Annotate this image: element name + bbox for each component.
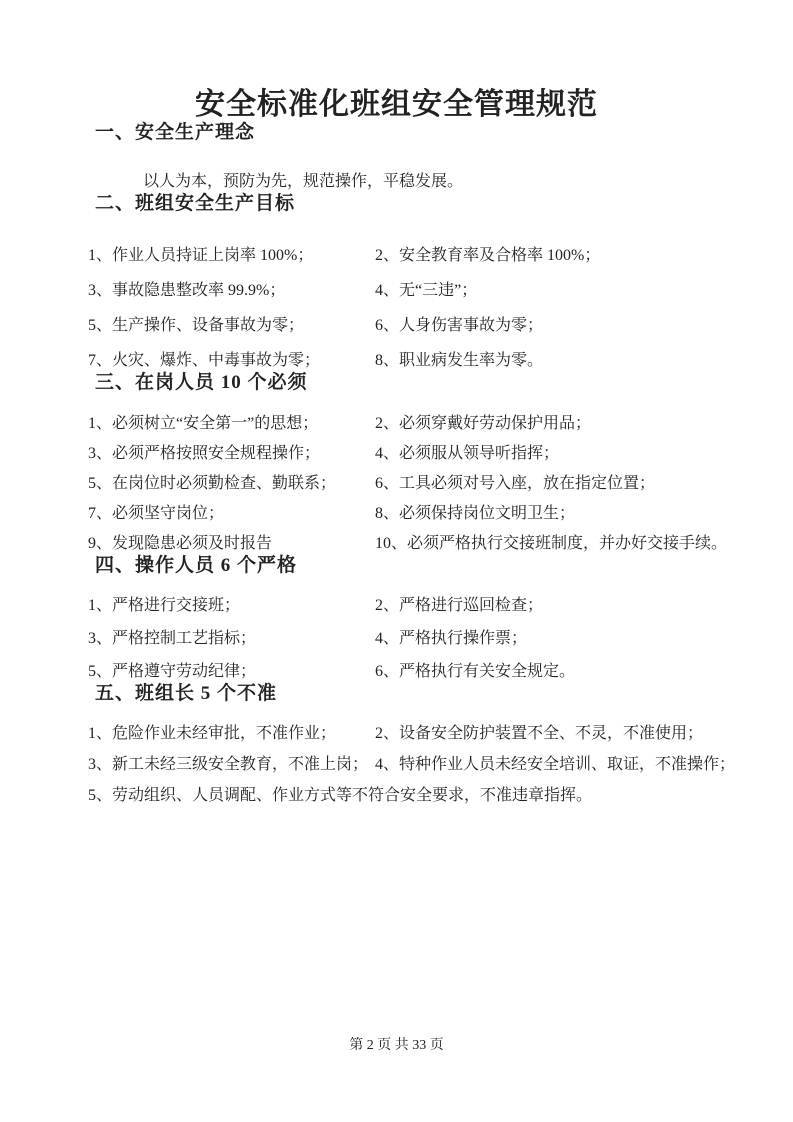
list-item: 9、发现隐患必须及时报告: [88, 534, 375, 554]
section-5-heading: 五、班组长 5 个不准: [88, 682, 738, 706]
list-item: 6、人身伤害事故为零；: [375, 316, 738, 336]
section-3-list: 1、必须树立“安全第一”的思想； 2、必须穿戴好劳动保护用品； 3、必须严格按照…: [88, 414, 738, 554]
list-item: 1、作业人员持证上岗率 100%；: [88, 246, 375, 266]
list-item: 6、严格执行有关安全规定。: [375, 662, 738, 682]
list-item: 1、危险作业未经审批，不准作业；: [88, 724, 375, 744]
section-4-list: 1、严格进行交接班； 2、严格进行巡回检查； 3、严格控制工艺指标； 4、严格执…: [88, 596, 738, 682]
document-page: 安全标准化班组安全管理规范 一、安全生产理念 以人为本，预防为先，规范操作，平稳…: [0, 0, 793, 1122]
list-item: 2、必须穿戴好劳动保护用品；: [375, 414, 738, 434]
section-4-heading: 四、操作人员 6 个严格: [88, 554, 738, 578]
list-item: 3、必须严格按照安全规程操作；: [88, 444, 375, 464]
section-safety-concept: 一、安全生产理念 以人为本，预防为先，规范操作，平稳发展。: [88, 121, 738, 192]
section-5-list: 1、危险作业未经审批，不准作业； 2、设备安全防护装置不全、不灵，不准使用； 3…: [88, 724, 738, 775]
section-2-list: 1、作业人员持证上岗率 100%； 2、安全教育率及合格率 100%； 3、事故…: [88, 246, 738, 371]
section-six-stricts: 四、操作人员 6 个严格 1、严格进行交接班； 2、严格进行巡回检查； 3、严格…: [88, 554, 738, 682]
list-item: 5、劳动组织、人员调配、作业方式等不符合安全要求，不准违章指挥。: [88, 786, 738, 806]
page-number: 第 2 页 共 33 页: [0, 1037, 793, 1055]
list-item: 7、火灾、爆炸、中毒事故为零；: [88, 351, 375, 371]
list-item: 3、事故隐患整改率 99.9%；: [88, 281, 375, 301]
section-ten-musts: 三、在岗人员 10 个必须 1、必须树立“安全第一”的思想； 2、必须穿戴好劳动…: [88, 371, 738, 555]
list-item: 4、严格执行操作票；: [375, 629, 738, 649]
list-item: 2、严格进行巡回检查；: [375, 596, 738, 616]
section-3-heading: 三、在岗人员 10 个必须: [88, 371, 738, 395]
list-item: 4、特种作业人员未经安全培训、取证，不准操作；: [375, 755, 738, 775]
section-1-paragraph: 以人为本，预防为先，规范操作，平稳发展。: [88, 172, 738, 192]
section-1-heading: 一、安全生产理念: [88, 121, 738, 145]
document-body: 一、安全生产理念 以人为本，预防为先，规范操作，平稳发展。 二、班组安全生产目标…: [0, 121, 793, 806]
list-item: 2、设备安全防护装置不全、不灵，不准使用；: [375, 724, 738, 744]
list-item: 5、生产操作、设备事故为零；: [88, 316, 375, 336]
section-production-goals: 二、班组安全生产目标 1、作业人员持证上岗率 100%； 2、安全教育率及合格率…: [88, 192, 738, 371]
list-item: 8、必须保持岗位文明卫生；: [375, 504, 738, 524]
list-item: 2、安全教育率及合格率 100%；: [375, 246, 738, 266]
list-item: 4、无“三违”；: [375, 281, 738, 301]
list-item: 1、严格进行交接班；: [88, 596, 375, 616]
list-item: 1、必须树立“安全第一”的思想；: [88, 414, 375, 434]
list-item: 5、在岗位时必须勤检查、勤联系；: [88, 474, 375, 494]
list-item: 10、必须严格执行交接班制度，并办好交接手续。: [375, 534, 738, 554]
list-item: 5、严格遵守劳动纪律；: [88, 662, 375, 682]
document-title: 安全标准化班组安全管理规范: [0, 0, 793, 121]
list-item: 6、工具必须对号入座，放在指定位置；: [375, 474, 738, 494]
list-item: 3、新工未经三级安全教育，不准上岗；: [88, 755, 375, 775]
section-five-prohibitions: 五、班组长 5 个不准 1、危险作业未经审批，不准作业； 2、设备安全防护装置不…: [88, 682, 738, 806]
section-2-heading: 二、班组安全生产目标: [88, 192, 738, 216]
list-item: 8、职业病发生率为零。: [375, 351, 738, 371]
list-item: 4、必须服从领导听指挥；: [375, 444, 738, 464]
list-item: 3、严格控制工艺指标；: [88, 629, 375, 649]
list-item: 7、必须坚守岗位；: [88, 504, 375, 524]
